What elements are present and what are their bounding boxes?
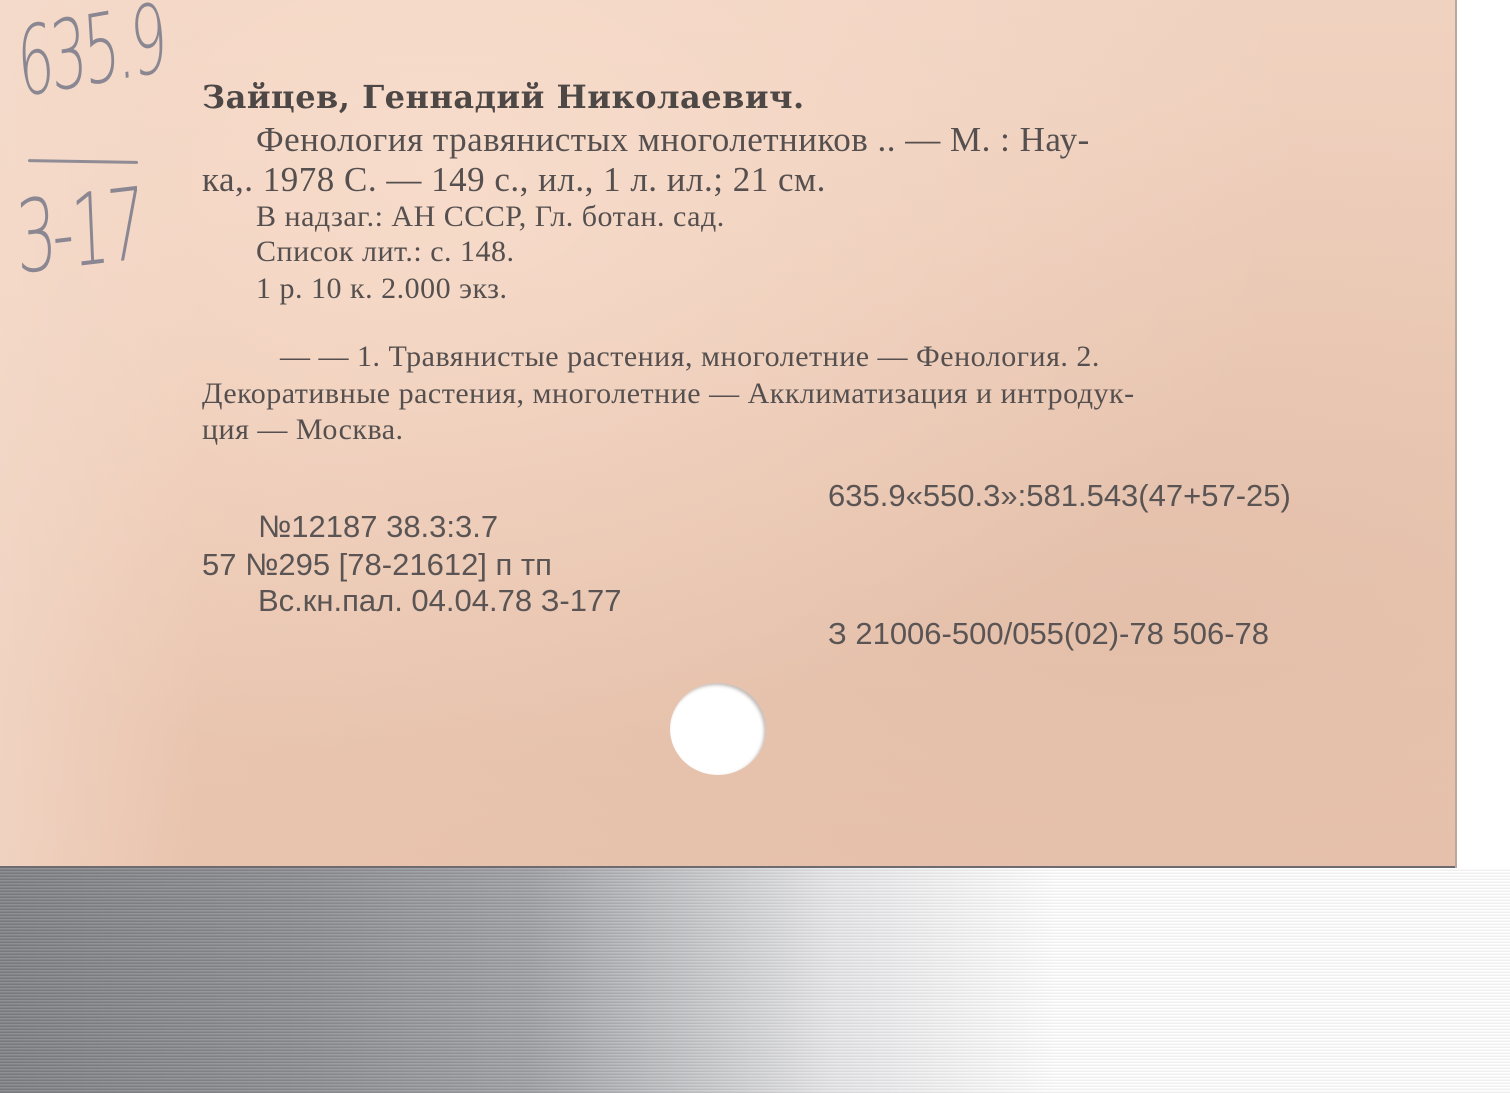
author-heading: Зайцев, Геннадий Николаевич. (202, 78, 805, 116)
title-line-2: ка,. 1978 С. — 149 с., ил., 1 л. ил.; 21… (202, 160, 826, 200)
note-line-1: В надзаг.: АН СССР, Гл. ботан. сад. (256, 200, 725, 234)
subjects-line-1: — — 1. Травянистые растения, многолетние… (280, 340, 1100, 374)
classification-code: З 21006-500/055(02)-78 506-78 (828, 616, 1269, 652)
registry-line-1: №12187 38.3:3.7 (258, 509, 498, 545)
title-line-1: Фенология травянистых многолетников .. —… (256, 120, 1090, 160)
punch-hole (670, 683, 766, 775)
metal-strip-background (0, 868, 1510, 1093)
udc-code: 635.9«550.3»:581.543(47+57-25) (828, 478, 1291, 514)
note-line-3: 1 р. 10 к. 2.000 экз. (256, 272, 507, 306)
subjects-line-3: ция — Москва. (202, 413, 404, 447)
note-line-2: Список лит.: с. 148. (256, 235, 515, 269)
subjects-line-2: Декоративные растения, многолетние — Акк… (202, 377, 1135, 411)
card-margin-shade (0, 0, 200, 868)
registry-line-2: 57 №295 [78-21612] п тп (202, 547, 552, 583)
registry-line-3: Вс.кн.пал. 04.04.78 З-177 (258, 583, 621, 619)
handwritten-shelfmark-bottom: З-17 (14, 165, 145, 296)
catalog-card: 635.9 З-17 Зайцев, Геннадий Николаевич. … (0, 0, 1457, 870)
